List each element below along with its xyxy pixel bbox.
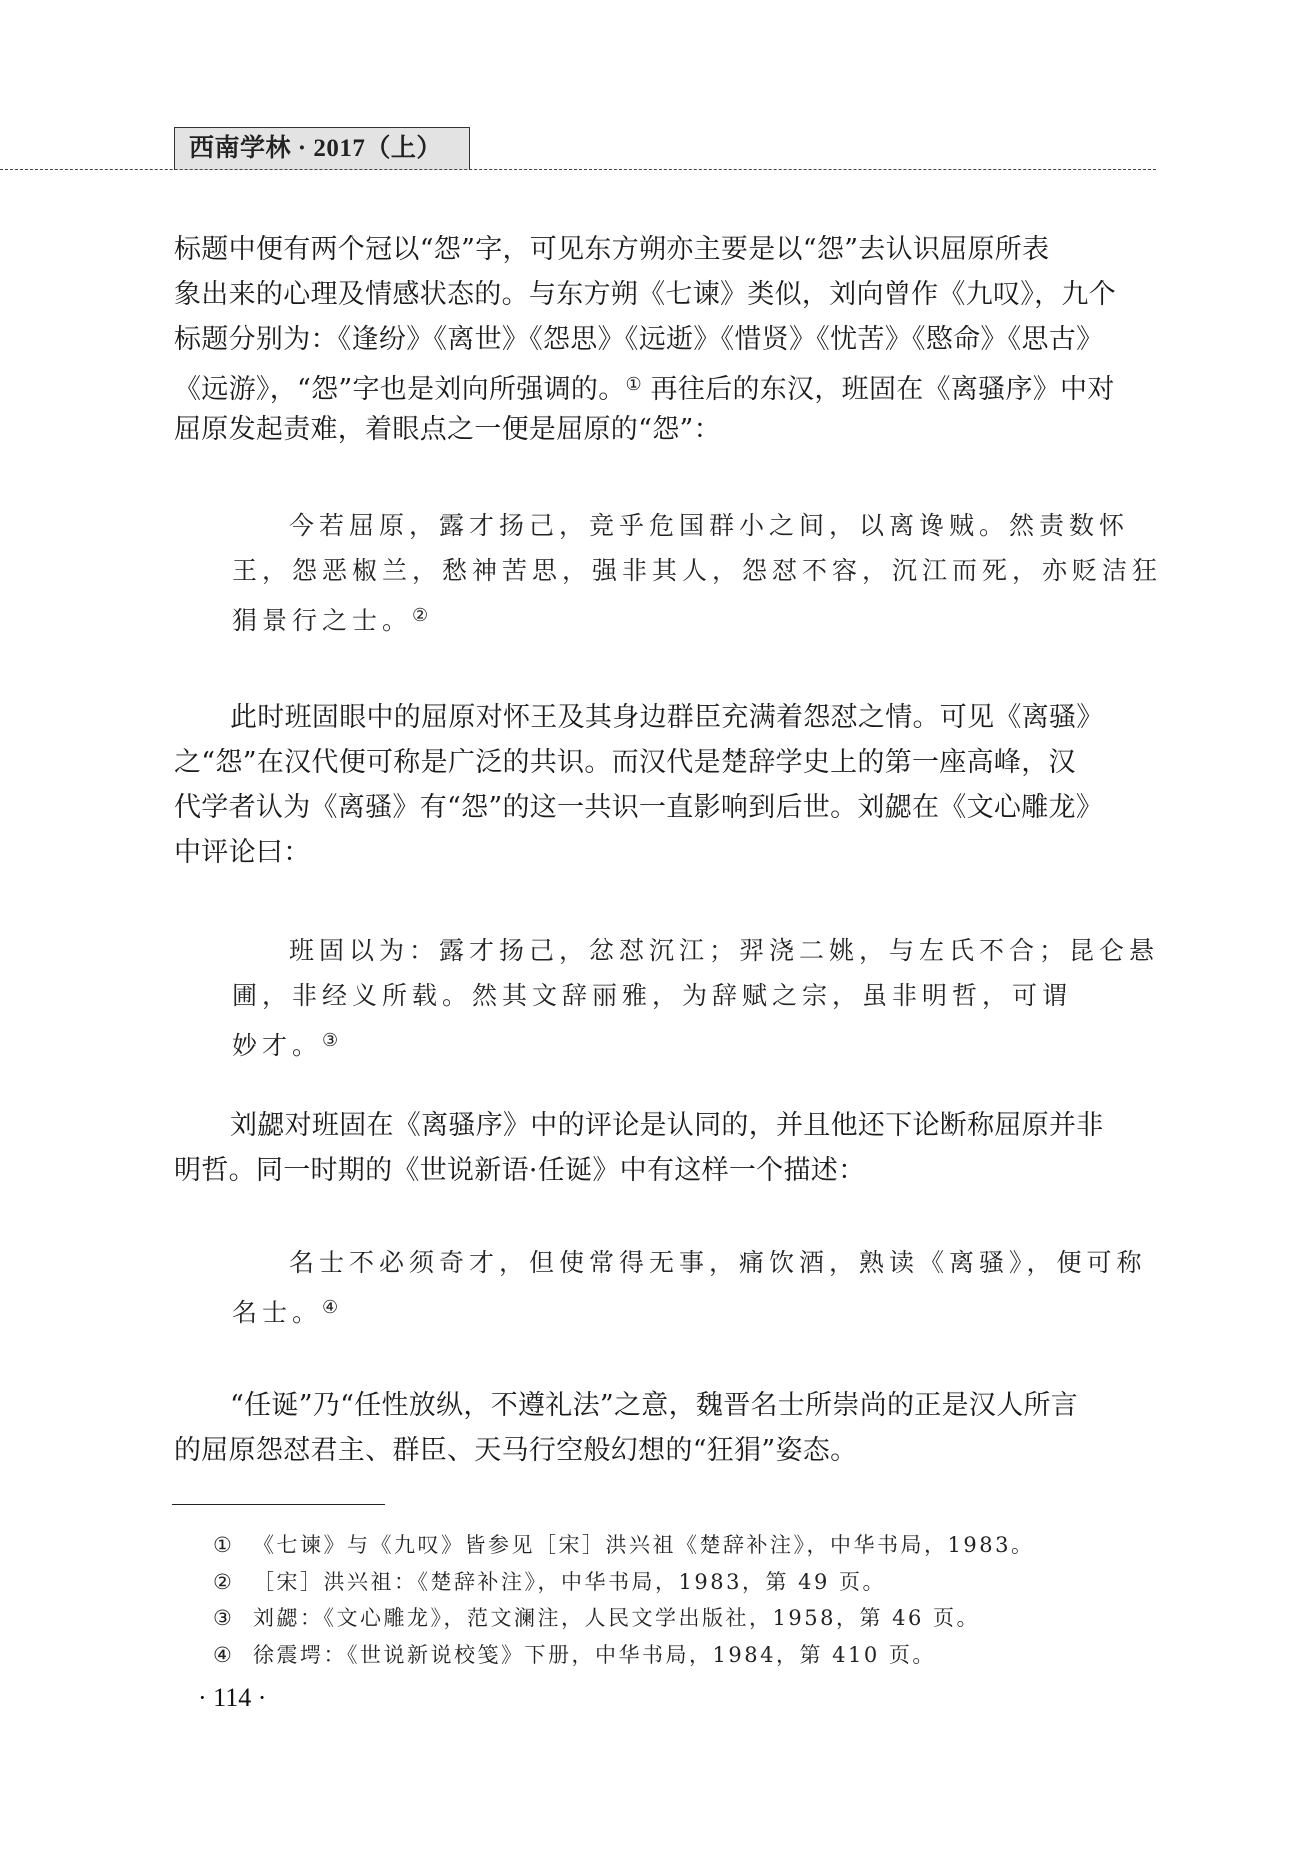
- quote-line: 名士。④: [232, 1285, 1102, 1330]
- footnote-ref-1[interactable]: ①: [626, 374, 642, 395]
- footnote-2: ②［宋］洪兴祖：《楚辞补注》，中华书局，1983，第 49 页。: [213, 1564, 1133, 1601]
- footnote-text: 徐震堮：《世说新说校笺》下册，中华书局，1984，第 410 页。: [253, 1643, 936, 1667]
- block-quote-3: 名士不必须奇才，但使常得无事，痛饮酒，熟读《离骚》，便可称 名士。④: [232, 1240, 1102, 1330]
- text-line: 代学者认为《离骚》有“怨”的这一共识一直影响到后世。刘勰在《文心雕龙》: [174, 785, 1156, 830]
- text-line: 屈原发起责难，着眼点之一便是屈原的“怨”：: [174, 407, 1156, 452]
- quote-line: 狷景行之士。②: [232, 593, 1102, 638]
- text-segment: 再往后的东汉，班固在《离骚序》中对: [642, 374, 1115, 405]
- block-quote-2: 班固以为：露才扬己，忿怼沉江；羿浇二姚，与左氏不合；昆仑悬 圃，非经义所载。然其…: [232, 928, 1102, 1063]
- footnote-ref-4[interactable]: ④: [322, 1297, 338, 1318]
- footnote-text: 《七谏》与《九叹》皆参见［宋］洪兴祖《楚辞补注》，中华书局，1983。: [253, 1533, 1034, 1557]
- quote-line: 今若屈原，露才扬己，竞乎危国群小之间，以离谗贼。然责数怀: [232, 503, 1102, 548]
- text-segment: 狷景行之士。: [232, 606, 412, 635]
- paragraph-2: 此时班固眼中的屈原对怀王及其身边群臣充满着怨怼之情。可见《离骚》 之“怨”在汉代…: [174, 695, 1156, 875]
- quote-line: 圃，非经义所载。然其文辞丽雅，为辞赋之宗，虽非明哲，可谓: [232, 973, 1102, 1018]
- text-line: 象出来的心理及情感状态的。与东方朔《七谏》类似，刘向曾作《九叹》，九个: [174, 272, 1156, 317]
- paragraph-4: “任诞”乃“任性放纵，不遵礼法”之意，魏晋名士所崇尚的正是汉人所言 的屈原怨怼君…: [174, 1383, 1156, 1473]
- footnote-ref-2[interactable]: ②: [412, 605, 428, 626]
- footnote-text: ［宋］洪兴祖：《楚辞补注》，中华书局，1983，第 49 页。: [253, 1570, 886, 1594]
- text-segment: 名士。: [232, 1298, 322, 1327]
- header-dashed-divider: [0, 169, 1156, 170]
- footnote-3: ③刘勰：《文心雕龙》，范文澜注，人民文学出版社，1958，第 46 页。: [213, 1600, 1133, 1637]
- text-segment: 妙才。: [232, 1031, 322, 1060]
- footnote-mark: ③: [213, 1600, 253, 1637]
- text-line: 明哲。同一时期的《世说新语·任诞》中有这样一个描述：: [174, 1148, 1156, 1193]
- journal-title: 西南学林 · 2017（上）: [189, 132, 442, 166]
- text-line: 《远游》，“怨”字也是刘向所强调的。① 再往后的东汉，班固在《离骚序》中对: [174, 362, 1156, 407]
- quote-line: 班固以为：露才扬己，忿怼沉江；羿浇二姚，与左氏不合；昆仑悬: [232, 928, 1102, 973]
- footnote-mark: ④: [213, 1637, 253, 1674]
- quote-line: 名士不必须奇才，但使常得无事，痛饮酒，熟读《离骚》，便可称: [232, 1240, 1102, 1285]
- footnote-mark: ②: [213, 1564, 253, 1601]
- text-line: 中评论曰：: [174, 830, 1156, 875]
- text-line: 之“怨”在汉代便可称是广泛的共识。而汉代是楚辞学史上的第一座高峰，汉: [174, 740, 1156, 785]
- quote-line: 妙才。③: [232, 1018, 1102, 1063]
- footnote-separator: [172, 1504, 385, 1505]
- text-line: 标题中便有两个冠以“怨”字，可见东方朔亦主要是以“怨”去认识屈原所表: [174, 227, 1156, 272]
- text-line: 此时班固眼中的屈原对怀王及其身边群臣充满着怨怼之情。可见《离骚》: [174, 695, 1156, 740]
- quote-line: 王，怨恶椒兰，愁神苦思，强非其人，怨怼不容，沉江而死，亦贬洁狂: [232, 548, 1102, 593]
- text-line: 的屈原怨怼君主、群臣、天马行空般幻想的“狂狷”姿态。: [174, 1428, 1156, 1473]
- running-header-box: 西南学林 · 2017（上）: [174, 127, 470, 170]
- footnote-ref-3[interactable]: ③: [322, 1030, 338, 1051]
- text-line: 刘勰对班固在《离骚序》中的评论是认同的，并且他还下论断称屈原并非: [174, 1103, 1156, 1148]
- text-line: “任诞”乃“任性放纵，不遵礼法”之意，魏晋名士所崇尚的正是汉人所言: [174, 1383, 1156, 1428]
- text-line: 标题分别为：《逢纷》《离世》《怨思》《远逝》《惜贤》《忧苦》《愍命》《思古》: [174, 317, 1156, 362]
- footnote-1: ①《七谏》与《九叹》皆参见［宋］洪兴祖《楚辞补注》，中华书局，1983。: [213, 1527, 1133, 1564]
- paragraph-3: 刘勰对班固在《离骚序》中的评论是认同的，并且他还下论断称屈原并非 明哲。同一时期…: [174, 1103, 1156, 1193]
- page-number: · 114 ·: [198, 1680, 266, 1716]
- footnote-4: ④徐震堮：《世说新说校笺》下册，中华书局，1984，第 410 页。: [213, 1637, 1133, 1674]
- paragraph-1: 标题中便有两个冠以“怨”字，可见东方朔亦主要是以“怨”去认识屈原所表 象出来的心…: [174, 227, 1156, 452]
- footnote-text: 刘勰：《文心雕龙》，范文澜注，人民文学出版社，1958，第 46 页。: [253, 1606, 980, 1630]
- text-segment: 《远游》，“怨”字也是刘向所强调的。: [174, 374, 626, 405]
- footnotes: ①《七谏》与《九叹》皆参见［宋］洪兴祖《楚辞补注》，中华书局，1983。 ②［宋…: [213, 1527, 1133, 1673]
- footnote-mark: ①: [213, 1527, 253, 1564]
- block-quote-1: 今若屈原，露才扬己，竞乎危国群小之间，以离谗贼。然责数怀 王，怨恶椒兰，愁神苦思…: [232, 503, 1102, 638]
